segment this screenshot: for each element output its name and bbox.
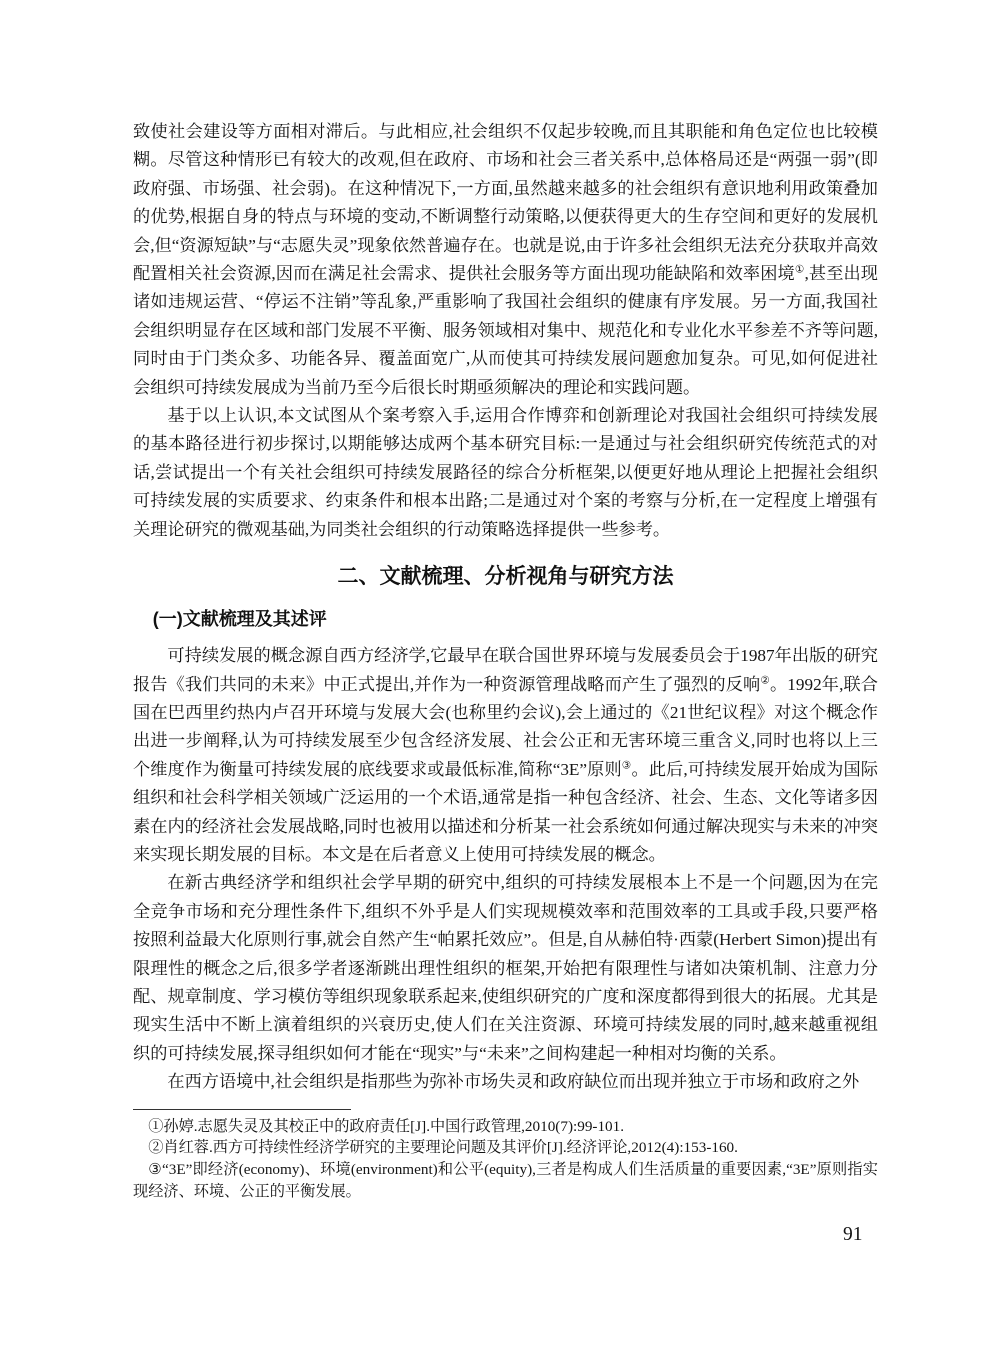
- journal-page: 致使社会建设等方面相对滞后。与此相应,社会组织不仅起步较晚,而且其职能和角色定位…: [0, 0, 1000, 1347]
- paragraph-1-text-b: ,甚至出现诸如违规运营、“停运不注销”等乱象,严重影响了我国社会组织的健康有序发…: [133, 264, 878, 397]
- paragraph-3-text-a: 可持续发展的概念源自西方经济学,它最早在联合国世界环境与发展委员会于1987年出…: [133, 646, 878, 693]
- footnote-separator-rule: [133, 1109, 351, 1110]
- paragraph-4: 在新古典经济学和组织社会学早期的研究中,组织的可持续发展根本上不是一个问题,因为…: [133, 869, 878, 1068]
- footnote-ref-2: ②: [760, 675, 770, 686]
- footnote-ref-3: ③: [622, 760, 632, 771]
- page-number: 91: [843, 1224, 863, 1246]
- paragraph-1-text-a: 致使社会建设等方面相对滞后。与此相应,社会组织不仅起步较晚,而且其职能和角色定位…: [133, 122, 878, 283]
- paragraph-3: 可持续发展的概念源自西方经济学,它最早在联合国世界环境与发展委员会于1987年出…: [133, 642, 878, 869]
- paragraph-1: 致使社会建设等方面相对滞后。与此相应,社会组织不仅起步较晚,而且其职能和角色定位…: [133, 118, 878, 402]
- footnote-1: ①孙婷.志愿失灵及其校正中的政府责任[J].中国行政管理,2010(7):99-…: [133, 1116, 878, 1138]
- paragraph-5: 在西方语境中,社会组织是指那些为弥补市场失灵和政府缺位而出现并独立于市场和政府之…: [133, 1068, 878, 1096]
- text-block: 致使社会建设等方面相对滞后。与此相应,社会组织不仅起步较晚,而且其职能和角色定位…: [133, 118, 878, 1202]
- footnote-2: ②肖红蓉.西方可持续性经济学研究的主要理论问题及其评价[J].经济评论,2012…: [133, 1137, 878, 1159]
- footnotes-section: ①孙婷.志愿失灵及其校正中的政府责任[J].中国行政管理,2010(7):99-…: [133, 1116, 878, 1203]
- section-heading: 二、文献梳理、分析视角与研究方法: [133, 562, 878, 592]
- paragraph-2: 基于以上认识,本文试图从个案考察入手,运用合作博弈和创新理论对我国社会组织可持续…: [133, 402, 878, 544]
- subsection-heading: (一)文献梳理及其述评: [133, 604, 878, 634]
- footnote-3: ③“3E”即经济(economy)、环境(environment)和公平(equ…: [133, 1159, 878, 1202]
